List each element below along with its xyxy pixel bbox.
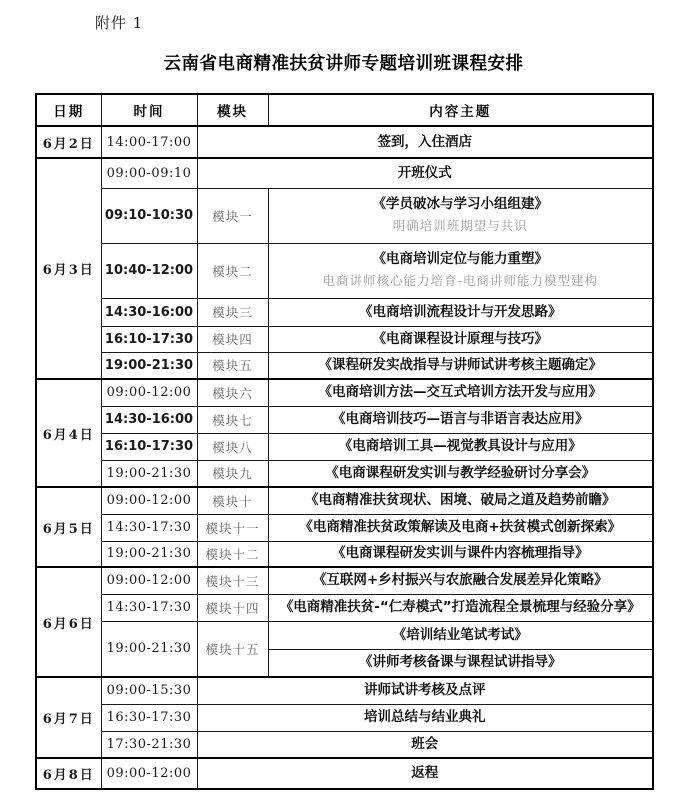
table-row: 6月7日 09:00-15:30 讲师试讲考核及点评: [36, 677, 653, 704]
topic-cell: 《课程研发实战指导与讲师试讲考核主题确定》: [268, 352, 653, 379]
topic-title: 《电商精准扶贫政策解读及电商+扶贫模式创新探索》: [272, 517, 650, 538]
date-cell: 6月5日: [36, 487, 101, 567]
topic-title: 培训总结与结业典礼: [201, 707, 650, 728]
module-cell: 模块九: [197, 460, 268, 487]
topic-cell: 《电商精准扶贫政策解读及电商+扶贫模式创新探索》: [268, 514, 653, 541]
document-page: { "page": { "attachment_label": "附件 1", …: [0, 0, 675, 800]
time-cell: 14:30-17:30: [101, 594, 197, 621]
time-cell: 09:00-12:00: [101, 379, 197, 406]
topic-title: 签到，入住酒店: [201, 132, 650, 153]
topic-title: 《培训结业笔试考试》: [272, 625, 650, 646]
module-cell: 模块十一: [197, 514, 268, 541]
topic-title: 返程: [201, 763, 650, 784]
module-cell: 模块十五: [197, 621, 268, 677]
page-title: 云南省电商精准扶贫讲师专题培训班课程安排: [35, 50, 652, 75]
time-cell: 19:00-21:30: [101, 621, 197, 677]
header-date: 日期: [36, 94, 101, 126]
topic-title: 《讲师考核备课与课程试讲指导》: [272, 652, 650, 673]
time-cell: 14:30-16:00: [101, 406, 197, 433]
date-cell: 6月2日: [36, 126, 101, 158]
header-module: 模块: [197, 94, 268, 126]
topic-cell: 《电商精准扶贫现状、困境、破局之道及趋势前瞻》: [268, 487, 653, 514]
topic-title: 《电商课程研发实训与教学经验研讨分享会》: [272, 463, 650, 484]
module-cell: 模块四: [197, 326, 268, 352]
header-time: 时间: [101, 94, 197, 126]
date-cell: 6月8日: [36, 758, 101, 789]
topic-cell: 开班仪式: [197, 158, 653, 188]
topic-cell: 《电商培训技巧—语言与非语言表达应用》: [268, 406, 653, 433]
topic-cell: 签到，入住酒店: [197, 126, 653, 158]
time-cell: 14:30-16:00: [101, 298, 197, 326]
topic-cell: 讲师试讲考核及点评: [197, 677, 653, 704]
topic-title: 《互联网+乡村振兴与农旅融合发展差异化策略》: [272, 570, 650, 591]
topic-cell: 培训总结与结业典礼: [197, 704, 653, 731]
topic-title: 《电商培训技巧—语言与非语言表达应用》: [272, 409, 650, 430]
time-cell: 09:00-15:30: [101, 677, 197, 704]
table-row: 19:00-21:30 模块十二 《电商课程研发实训与课件内容梳理指导》: [36, 541, 653, 567]
topic-cell: 《电商精准扶贫-“仁寿模式”打造流程全景梳理与经验分享》: [268, 594, 653, 621]
table-row: 09:10-10:30 模块一 《学员破冰与学习小组组建》 明确培训班期望与共识: [36, 188, 653, 243]
topic-title: 《电商培训流程设计与开发思路》: [272, 302, 650, 323]
header-topic: 内容主题: [268, 94, 653, 126]
table-row: 16:30-17:30 培训总结与结业典礼: [36, 704, 653, 731]
attachment-label: 附件 1: [95, 12, 143, 33]
topic-subtitle: 明确培训班期望与共识: [272, 215, 650, 236]
table-row: 17:30-21:30 班会: [36, 731, 653, 758]
topic-title: 《电商培训方法—交互式培训方法开发与应用》: [272, 382, 650, 403]
module-cell: 模块六: [197, 379, 268, 406]
topic-cell: 《学员破冰与学习小组组建》 明确培训班期望与共识: [268, 188, 653, 243]
table-row: 14:30-16:00 模块七 《电商培训技巧—语言与非语言表达应用》: [36, 406, 653, 433]
time-cell: 16:30-17:30: [101, 704, 197, 731]
time-cell: 14:30-17:30: [101, 514, 197, 541]
module-cell: 模块十二: [197, 541, 268, 567]
table-row: 19:00-21:30 模块十五 《培训结业笔试考试》: [36, 621, 653, 649]
topic-title: 《电商精准扶贫现状、困境、破局之道及趋势前瞻》: [272, 490, 650, 511]
time-cell: 10:40-12:00: [101, 243, 197, 298]
table-row: 6月4日 09:00-12:00 模块六 《电商培训方法—交互式培训方法开发与应…: [36, 379, 653, 406]
topic-title: 讲师试讲考核及点评: [201, 680, 650, 701]
table-row: 6月6日 09:00-12:00 模块十三 《互联网+乡村振兴与农旅融合发展差异…: [36, 567, 653, 594]
topic-cell: 《电商培训工具—视觉教具设计与应用》: [268, 433, 653, 460]
date-cell: 6月6日: [36, 567, 101, 677]
topic-cell: 《互联网+乡村振兴与农旅融合发展差异化策略》: [268, 567, 653, 594]
time-cell: 16:10-17:30: [101, 326, 197, 352]
time-cell: 09:00-12:00: [101, 567, 197, 594]
topic-title: 《电商培训工具—视觉教具设计与应用》: [272, 436, 650, 457]
topic-title: 《电商课程设计原理与技巧》: [272, 329, 650, 350]
time-cell: 09:00-12:00: [101, 487, 197, 514]
date-cell: 6月7日: [36, 677, 101, 758]
module-cell: 模块十三: [197, 567, 268, 594]
topic-title: 《电商课程研发实训与课件内容梳理指导》: [272, 543, 650, 564]
topic-cell: 《电商课程设计原理与技巧》: [268, 326, 653, 352]
table-row: 19:00-21:30 模块五 《课程研发实战指导与讲师试讲考核主题确定》: [36, 352, 653, 379]
table-row: 10:40-12:00 模块二 《电商培训定位与能力重塑》 电商讲师核心能力培育…: [36, 243, 653, 298]
date-cell: 6月3日: [36, 158, 101, 379]
topic-title: 《学员破冰与学习小组组建》: [272, 194, 650, 215]
topic-cell: 《电商培训方法—交互式培训方法开发与应用》: [268, 379, 653, 406]
module-cell: 模块八: [197, 433, 268, 460]
module-cell: 模块七: [197, 406, 268, 433]
table-row: 14:30-16:00 模块三 《电商培训流程设计与开发思路》: [36, 298, 653, 326]
table-row: 19:00-21:30 模块九 《电商课程研发实训与教学经验研讨分享会》: [36, 460, 653, 487]
date-cell: 6月4日: [36, 379, 101, 487]
topic-subtitle: 电商讲师核心能力培育-电商讲师能力模型建构: [272, 270, 650, 291]
table-row: 14:30-17:30 模块十四 《电商精准扶贫-“仁寿模式”打造流程全景梳理与…: [36, 594, 653, 621]
time-cell: 19:00-21:30: [101, 541, 197, 567]
topic-title: 班会: [201, 734, 650, 755]
module-cell: 模块一: [197, 188, 268, 243]
table-row: 6月3日 09:00-09:10 开班仪式: [36, 158, 653, 188]
table-row: 6月2日 14:00-17:00 签到，入住酒店: [36, 126, 653, 158]
module-cell: 模块十: [197, 487, 268, 514]
topic-cell: 《电商课程研发实训与课件内容梳理指导》: [268, 541, 653, 567]
time-cell: 19:00-21:30: [101, 460, 197, 487]
module-cell: 模块五: [197, 352, 268, 379]
topic-cell: 《电商培训流程设计与开发思路》: [268, 298, 653, 326]
time-cell: 09:00-09:10: [101, 158, 197, 188]
topic-cell: 《讲师考核备课与课程试讲指导》: [268, 649, 653, 677]
table-row: 6月8日 09:00-12:00 返程: [36, 758, 653, 789]
table-row: 16:10-17:30 模块八 《电商培训工具—视觉教具设计与应用》: [36, 433, 653, 460]
time-cell: 09:10-10:30: [101, 188, 197, 243]
topic-title: 《电商培训定位与能力重塑》: [272, 249, 650, 270]
module-cell: 模块三: [197, 298, 268, 326]
time-cell: 09:00-12:00: [101, 758, 197, 789]
time-cell: 16:10-17:30: [101, 433, 197, 460]
topic-cell: 《电商课程研发实训与教学经验研讨分享会》: [268, 460, 653, 487]
topic-cell: 班会: [197, 731, 653, 758]
table-row: 16:10-17:30 模块四 《电商课程设计原理与技巧》: [36, 326, 653, 352]
topic-cell: 《电商培训定位与能力重塑》 电商讲师核心能力培育-电商讲师能力模型建构: [268, 243, 653, 298]
topic-cell: 《培训结业笔试考试》: [268, 621, 653, 649]
module-cell: 模块十四: [197, 594, 268, 621]
module-cell: 模块二: [197, 243, 268, 298]
table-header-row: 日期 时间 模块 内容主题: [36, 94, 653, 126]
topic-title: 《课程研发实战指导与讲师试讲考核主题确定》: [272, 355, 650, 376]
schedule-table: 日期 时间 模块 内容主题 6月2日 14:00-17:00 签到，入住酒店 6…: [35, 93, 654, 790]
table-row: 6月5日 09:00-12:00 模块十 《电商精准扶贫现状、困境、破局之道及趋…: [36, 487, 653, 514]
topic-title: 《电商精准扶贫-“仁寿模式”打造流程全景梳理与经验分享》: [272, 597, 650, 618]
topic-cell: 返程: [197, 758, 653, 789]
time-cell: 14:00-17:00: [101, 126, 197, 158]
topic-title: 开班仪式: [201, 163, 650, 184]
time-cell: 17:30-21:30: [101, 731, 197, 758]
time-cell: 19:00-21:30: [101, 352, 197, 379]
table-row: 14:30-17:30 模块十一 《电商精准扶贫政策解读及电商+扶贫模式创新探索…: [36, 514, 653, 541]
